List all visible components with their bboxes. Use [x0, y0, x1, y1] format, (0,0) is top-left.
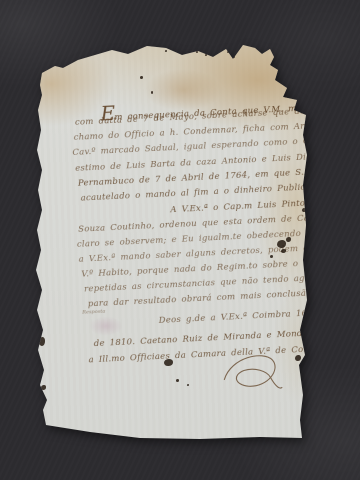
ink-blot [140, 76, 143, 79]
ink-blot [227, 51, 230, 53]
ink-blot [196, 51, 198, 53]
ink-blot [41, 385, 46, 390]
ink-blot [295, 355, 301, 361]
handwriting-line: Souza Coutinho, ordenou que esta ordem d… [78, 212, 344, 235]
ink-blot [270, 255, 273, 258]
ink-blot [39, 337, 45, 346]
ink-blot [164, 359, 173, 366]
ink-blot [233, 56, 235, 58]
manuscript-paper: Resposta Em consequencia da Conta que V.… [33, 42, 308, 442]
paper-shadow-wrapper: Resposta Em consequencia da Conta que V.… [0, 0, 360, 480]
ink-blot [151, 91, 153, 94]
ink-blot [286, 237, 291, 242]
ink-blot [165, 50, 167, 52]
ink-blot [187, 384, 189, 386]
handwriting-line: A V.Ex.ª o Cap.m Luis Pinto de [170, 198, 321, 215]
photo-backdrop: Resposta Em consequencia da Conta que V.… [0, 0, 360, 480]
signature-flourish-icon [221, 346, 285, 397]
ink-blot [176, 379, 179, 382]
ink-blot [281, 249, 286, 253]
ink-blot [302, 208, 306, 212]
ink-blot [205, 54, 207, 56]
ink-blot [277, 240, 286, 248]
margin-note: Resposta [82, 309, 105, 316]
closing-line: Deos g.de a V.Ex.ª Coimbra 16 de 9.bro [159, 306, 353, 325]
handwriting-block: Resposta Em consequencia da Conta que V.… [70, 91, 334, 393]
